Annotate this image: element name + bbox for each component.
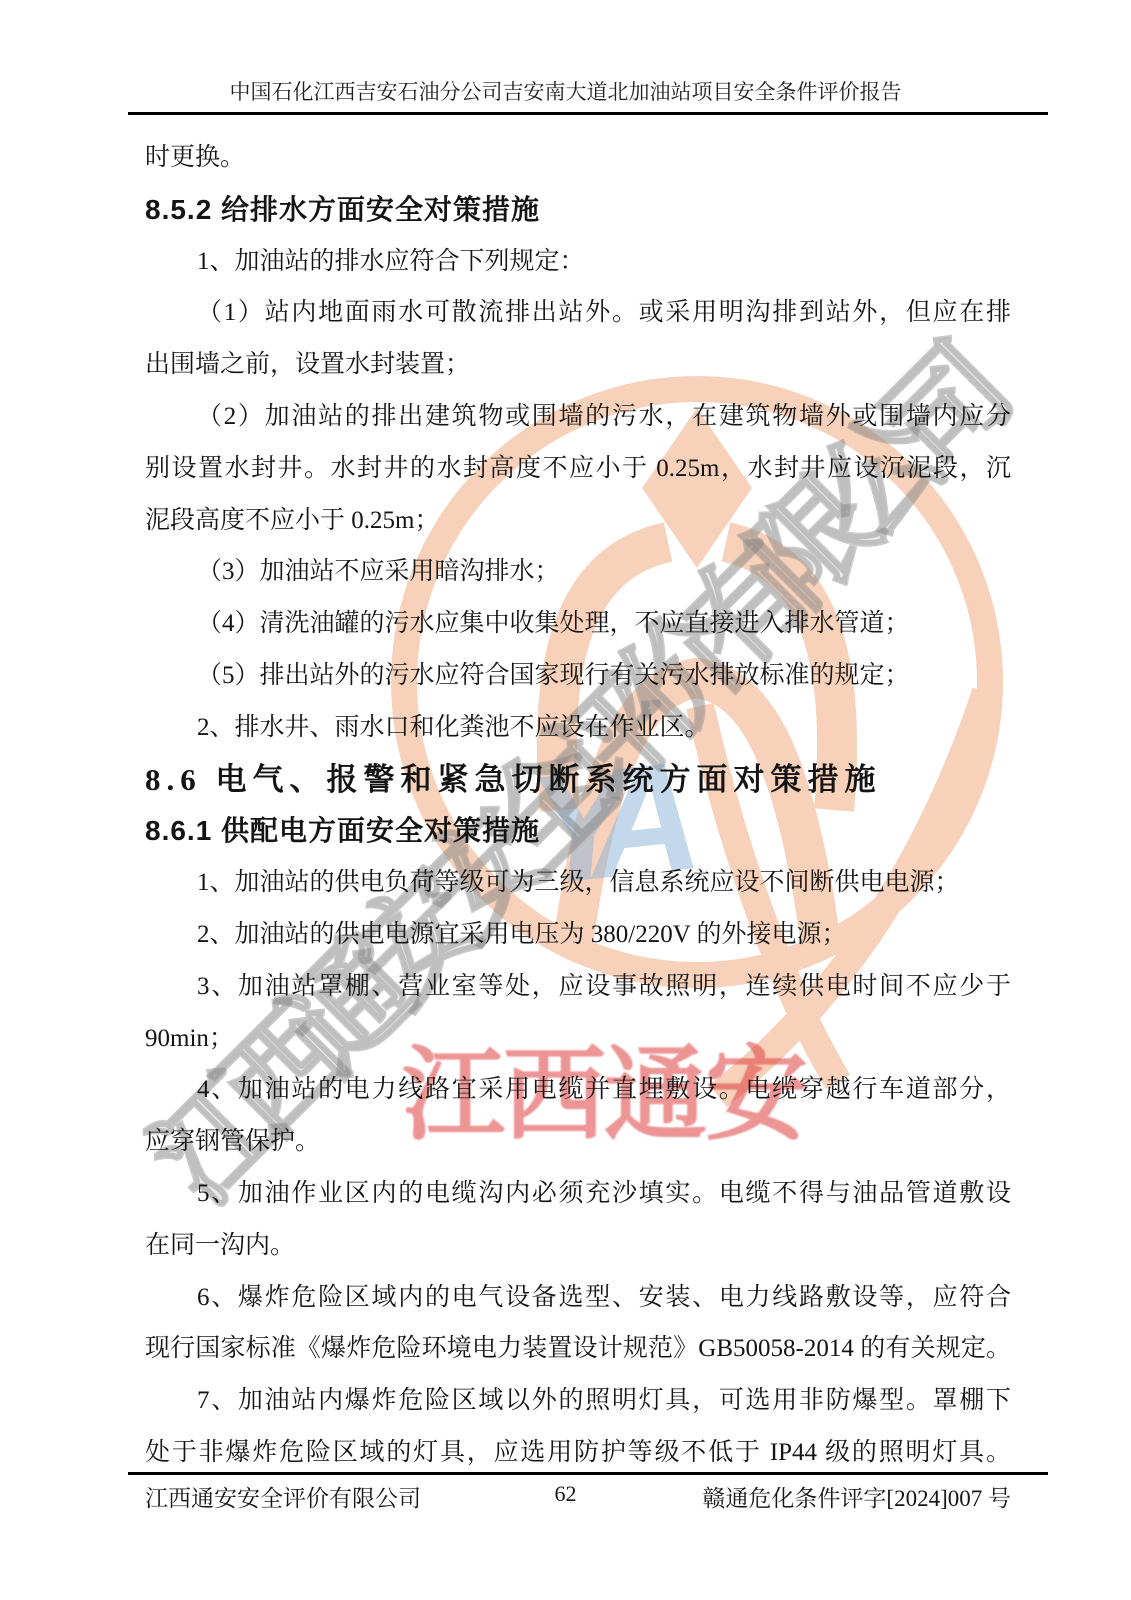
text-line: 7、加油站内爆炸危险区域以外的照明灯具，可选用非防爆型。罩棚下	[145, 1375, 1011, 1427]
text-line: 出围墙之前，设置水封装置；	[145, 339, 1011, 391]
text-line: （3）加油站不应采用暗沟排水；	[145, 546, 1011, 598]
header-title: 中国石化江西吉安石油分公司吉安南大道北加油站项目安全条件评价报告	[0, 76, 1131, 106]
text-line: 在同一沟内。	[145, 1220, 1011, 1272]
footer-doc-number: 赣通危化条件评字[2024]007 号	[702, 1480, 1011, 1513]
document-page: YA 江西通安安全评价有限公司 江西通安 中国石化江西吉安石油分公司吉安南大道北…	[0, 0, 1131, 1600]
text-line: 泥段高度不应小于 0.25m；	[145, 495, 1011, 547]
text-line: 8.6.1 供配电方面安全对策措施	[145, 805, 1011, 857]
text-line: 2、加油站的供电电源宜采用电压为 380/220V 的外接电源；	[145, 909, 1011, 961]
text-line: （1）站内地面雨水可散流排出站外。或采用明沟排到站外，但应在排	[145, 287, 1011, 339]
text-line: 8.5.2 给排水方面安全对策措施	[145, 184, 1011, 236]
text-line: 1、加油站的供电负荷等级可为三级，信息系统应设不间断供电电源；	[145, 857, 1011, 909]
text-line: 8.6 电气、报警和紧急切断系统方面对策措施	[145, 754, 1011, 806]
text-line: 别设置水封井。水封井的水封高度不应小于 0.25m，水封井应设沉泥段，沉	[145, 443, 1011, 495]
text-line: 2、排水井、雨水口和化粪池不应设在作业区。	[145, 702, 1011, 754]
text-line: （4）清洗油罐的污水应集中收集处理，不应直接进入排水管道；	[145, 598, 1011, 650]
text-line: 5、加油作业区内的电缆沟内必须充沙填实。电缆不得与油品管道敷设	[145, 1168, 1011, 1220]
text-line: 3、加油站罩棚、营业室等处，应设事故照明，连续供电时间不应少于	[145, 961, 1011, 1013]
text-line: 6、爆炸危险区域内的电气设备选型、安装、电力线路敷设等，应符合	[145, 1272, 1011, 1324]
text-line: 应穿钢管保护。	[145, 1116, 1011, 1168]
text-line: 处于非爆炸危险区域的灯具，应选用防护等级不低于 IP44 级的照明灯具。	[145, 1427, 1011, 1479]
footer-rule	[128, 1472, 1048, 1475]
text-line: 4、加油站的电力线路宜采用电缆并直埋敷设。电缆穿越行车道部分，	[145, 1064, 1011, 1116]
text-line: 1、加油站的排水应符合下列规定：	[145, 236, 1011, 288]
document-body: 时更换。8.5.2 给排水方面安全对策措施1、加油站的排水应符合下列规定：（1）…	[145, 132, 1011, 1479]
text-line: 时更换。	[145, 132, 1011, 184]
text-line: （5）排出站外的污水应符合国家现行有关污水排放标准的规定；	[145, 650, 1011, 702]
text-line: 90min；	[145, 1013, 1011, 1065]
text-line: （2）加油站的排出建筑物或围墙的污水，在建筑物墙外或围墙内应分	[145, 391, 1011, 443]
header-rule	[128, 112, 1048, 115]
text-line: 现行国家标准《爆炸危险环境电力装置设计规范》GB50058-2014 的有关规定…	[145, 1323, 1011, 1375]
